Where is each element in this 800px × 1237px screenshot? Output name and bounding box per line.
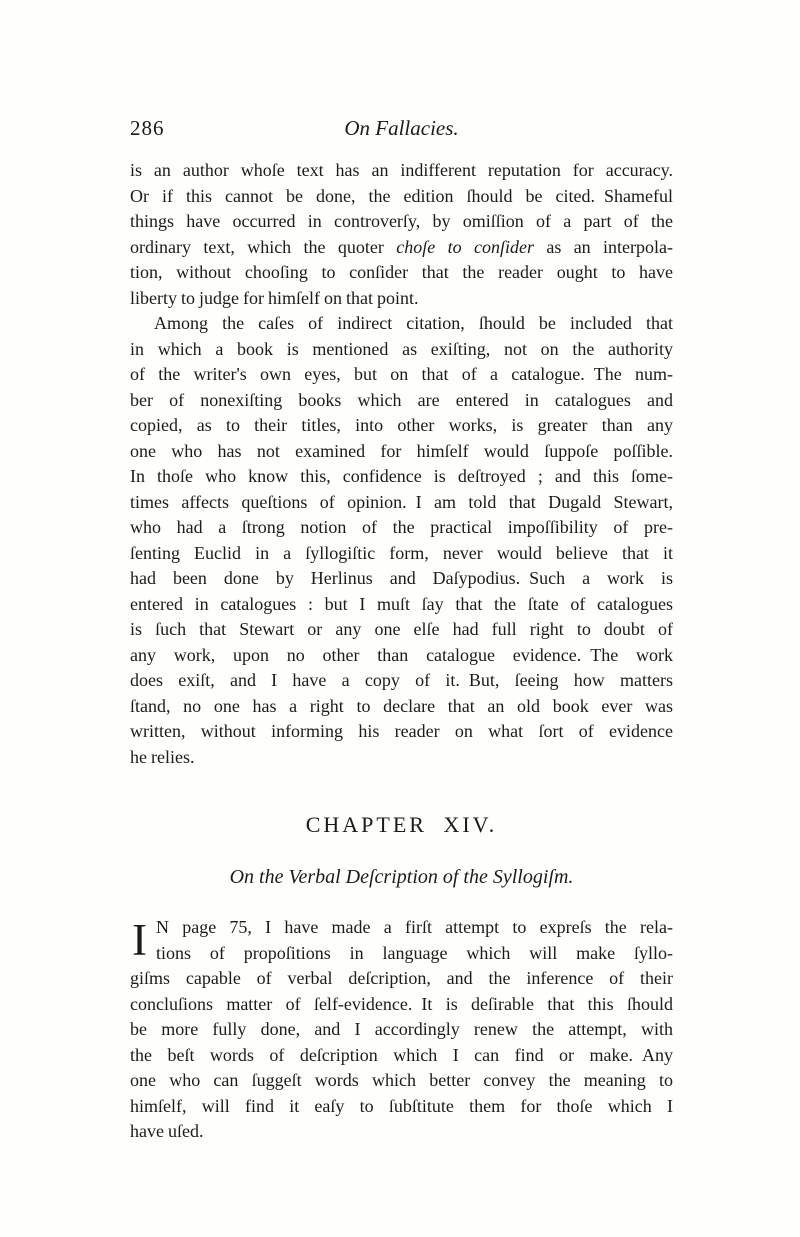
text-line: ſtand, no one has a right to declare tha… bbox=[130, 694, 673, 720]
text-line: in which a book is mentioned as exiſting… bbox=[130, 337, 673, 363]
page-number: 286 bbox=[130, 116, 165, 141]
text-line: tion, without chooſing to conſider that … bbox=[130, 260, 673, 286]
text-column: 286 On Fallacies. is an author whoſe tex… bbox=[130, 116, 673, 1145]
chapter-subtitle: On the Verbal Deſcription of the Syllogi… bbox=[130, 866, 673, 889]
text-line: one who can ſuggeſt words which better c… bbox=[130, 1068, 673, 1094]
opening-paragraph: I N page 75, I have made a firſt attempt… bbox=[130, 915, 673, 1145]
text-line: does exiſt, and I have a copy of it. But… bbox=[130, 668, 673, 694]
text-line: himſelf, will find it eaſy to ſubſtitute… bbox=[130, 1094, 673, 1120]
text-line: copied, as to their titles, into other w… bbox=[130, 413, 673, 439]
text-line: times affects queſtions of opinion. I am… bbox=[130, 490, 673, 516]
running-title: On Fallacies. bbox=[130, 116, 673, 141]
text-line: N page 75, I have made a firſt attempt t… bbox=[130, 915, 673, 941]
paragraph-accuracy-continuation: is an author whoſe text has an indiffere… bbox=[130, 158, 673, 311]
text-line: ſenting Euclid in a ſyllogiſtic form, ne… bbox=[130, 541, 673, 567]
text-line: who had a ſtrong notion of the practical… bbox=[130, 515, 673, 541]
text-line: of the writer's own eyes, but on that of… bbox=[130, 362, 673, 388]
text-line: had been done by Herlinus and Daſypodius… bbox=[130, 566, 673, 592]
text-line: Or if this cannot be done, the edition ſ… bbox=[130, 184, 673, 210]
text-line: any work, upon no other than catalogue e… bbox=[130, 643, 673, 669]
text-line: is an author whoſe text has an indiffere… bbox=[130, 158, 673, 184]
running-header: 286 On Fallacies. bbox=[130, 116, 673, 144]
text-line: one who has not examined for himſelf wou… bbox=[130, 439, 673, 465]
text-line: giſms capable of verbal deſcription, and… bbox=[130, 966, 673, 992]
dropcap-initial: I bbox=[132, 918, 147, 965]
text-line: the beſt words of deſcription which I ca… bbox=[130, 1043, 673, 1069]
text-line: Among the caſes of indirect citation, ſh… bbox=[130, 311, 673, 337]
text-line: entered in catalogues : but I muſt ſay t… bbox=[130, 592, 673, 618]
text-line: concluſions matter of ſelf-evidence. It … bbox=[130, 992, 673, 1018]
text-line: liberty to judge for himſelf on that poi… bbox=[130, 286, 673, 312]
text-line: be more fully done, and I accordingly re… bbox=[130, 1017, 673, 1043]
book-page-scan: 286 On Fallacies. is an author whoſe tex… bbox=[0, 0, 800, 1237]
text-line: ber of nonexiſting books which are enter… bbox=[130, 388, 673, 414]
text-line: is ſuch that Stewart or any one elſe had… bbox=[130, 617, 673, 643]
text-line: In thoſe who know this, confidence is de… bbox=[130, 464, 673, 490]
text-line: have uſed. bbox=[130, 1119, 673, 1145]
opening-paragraph-lines: N page 75, I have made a firſt attempt t… bbox=[130, 915, 673, 1145]
text-line: he relies. bbox=[130, 745, 673, 771]
chapter-heading: CHAPTER XIV. bbox=[130, 812, 673, 838]
paragraph-indirect-citation: Among the caſes of indirect citation, ſh… bbox=[130, 311, 673, 770]
text-line: written, without informing his reader on… bbox=[130, 719, 673, 745]
text-line: tions of propoſitions in language which … bbox=[130, 941, 673, 967]
text-line: ordinary text, which the quoter choſe to… bbox=[130, 235, 673, 261]
text-line: things have occurred in controverſy, by … bbox=[130, 209, 673, 235]
